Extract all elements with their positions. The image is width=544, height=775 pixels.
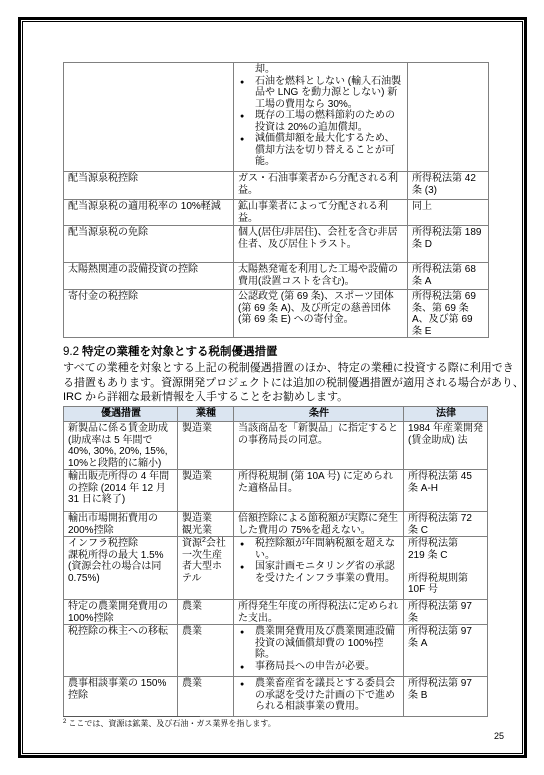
table-cell: 太陽熱関連の設備投資の控除	[64, 263, 234, 290]
cell-line: 同上	[412, 201, 485, 213]
table-cell: 所得税法第 69 条、第 69 条 A、及び第 69 条 E	[408, 290, 489, 338]
cell-line: 所得税法第 42 条 (3)	[412, 173, 485, 196]
bullet-item: ●事務局長への申告が必要。	[238, 661, 400, 673]
header-row: 優遇措置業種条件法律	[64, 407, 488, 422]
column-header: 条件	[234, 407, 404, 422]
bullet-text: 農業畜産省を議長とする委員会の承認を受けた計画の下で進められる相談事業の費用。	[255, 678, 395, 712]
cell-line: 特定の農業開発費用の 100%控除	[68, 601, 174, 624]
bullet-text: 既存の工場の燃料節約のための投資は 20%の追加償却。	[255, 110, 395, 133]
cell-line: 製造業	[182, 471, 230, 483]
bullet-icon: ●	[240, 562, 244, 573]
column-header: 業種	[178, 407, 234, 422]
general-incentives-table: 却。●石油を燃料としない (輸入石油製品や LNG を動力源としない) 新工場の…	[63, 62, 489, 338]
cell-continuation-line: 却。	[238, 64, 404, 76]
table-row: 新製品に係る賃金助成 (助成率は 5 年間で 40%, 30%, 20%, 15…	[64, 422, 488, 470]
cell-line: 課税所得の最大 1.5% (資源会社の場合は同 0.75%)	[68, 550, 174, 585]
table-cell: 農事相談事業の 150%控除	[64, 677, 178, 717]
table-cell: 輸出市場開拓費用の 200%控除	[64, 512, 178, 537]
bullet-item: ●農業畜産省を議長とする委員会の承認を受けた計画の下で進められる相談事業の費用。	[238, 678, 400, 713]
footnote: 2ここでは、資源は鉱業、及び石油・ガス業界を指します。	[63, 719, 276, 729]
table-cell: 農業	[178, 600, 234, 625]
table-row: 輸出市場開拓費用の 200%控除製造業観光業倍額控除による節税額が実際に発生した…	[64, 512, 488, 537]
cell-line	[408, 561, 484, 573]
cell-line: 10F 号	[408, 584, 484, 596]
table-cell: 配当源泉税控除	[64, 172, 234, 200]
table-row: 太陽熱関連の設備投資の控除太陽熱発電を利用した工場や設備の費用(設置コストを含む…	[64, 263, 489, 290]
table-row: 配当源泉税の適用税率の 10%軽減鉱山事業者によって分配される利益。同上	[64, 200, 489, 226]
table-cell: 所得発生年度の所得税法に定められた支出。	[234, 600, 404, 625]
table-cell: 資源2会社一次生産者大型ホテル	[178, 537, 234, 600]
table-cell: 1984 年産業開発 (賃金助成) 法	[404, 422, 488, 470]
cell-line: 公認政党 (第 69 条)、スポーツ団体 (第 69 条 A)、及び所定の慈善団…	[238, 291, 404, 326]
table-cell: 製造業	[178, 422, 234, 470]
table-row: 寄付金の税控除公認政党 (第 69 条)、スポーツ団体 (第 69 条 A)、及…	[64, 290, 489, 338]
cell-line: 配当源泉税控除	[68, 173, 230, 185]
cell-line: 所得税規則第	[408, 573, 484, 585]
cell-line: 所得税法第 68 条 A	[412, 264, 485, 287]
table-cell: 却。●石油を燃料としない (輸入石油製品や LNG を動力源としない) 新工場の…	[234, 63, 408, 172]
paragraph-line: すべての業種を対象とする上記の税制優遇措置のほか、特定の業種に投資する際に利用で…	[63, 361, 524, 376]
cell-line: ガス・石油事業者から分配される利益。	[238, 173, 404, 196]
table-row: 税控除の株主への移転農業●農業開発費用及び農業関連設備投資の減価償却費の 100…	[64, 625, 488, 677]
table-cell: 所得税法第 45 条 A-H	[404, 470, 488, 512]
cell-line: 所得税法第 97 条	[408, 601, 484, 624]
table-cell: 新製品に係る賃金助成 (助成率は 5 年間で 40%, 30%, 20%, 15…	[64, 422, 178, 470]
table-cell: インフラ税控除課税所得の最大 1.5% (資源会社の場合は同 0.75%)	[64, 537, 178, 600]
page-number: 25	[494, 731, 504, 741]
cell-line: 所得税法第 97 条 A	[408, 626, 484, 649]
table-cell: ●農業開発費用及び農業関連設備投資の減価償却費の 100%控除。●事務局長への申…	[234, 625, 404, 677]
table-row: 却。●石油を燃料としない (輸入石油製品や LNG を動力源としない) 新工場の…	[64, 63, 489, 172]
cell-line: 配当源泉税の免除	[68, 227, 230, 239]
cell-line: 所得税規制 (第 10A 号) に定められた適格品目。	[238, 471, 400, 494]
cell-line: 1984 年産業開発 (賃金助成) 法	[408, 423, 484, 446]
bullet-text: 国家計画モニタリング省の承認を受けたインフラ事業の費用。	[255, 561, 395, 584]
table-row: インフラ税控除課税所得の最大 1.5% (資源会社の場合は同 0.75%)資源2…	[64, 537, 488, 600]
table-row: 配当源泉税の免除個人(居住/非居住)、会社を含む非居住者、及び居住トラスト。所得…	[64, 226, 489, 263]
document-page: 却。●石油を燃料としない (輸入石油製品や LNG を動力源としない) 新工場の…	[0, 0, 544, 775]
industry-incentives-table: 優遇措置業種条件法律 新製品に係る賃金助成 (助成率は 5 年間で 40%, 3…	[63, 406, 488, 717]
cell-line: 219 条 C	[408, 550, 484, 562]
table-cell	[408, 63, 489, 172]
bullet-icon: ●	[240, 539, 244, 550]
bullet-item: ●農業開発費用及び農業関連設備投資の減価償却費の 100%控除。	[238, 626, 400, 661]
cell-line: 所得税法第 97 条 B	[408, 678, 484, 701]
section-paragraph: すべての業種を対象とする上記の税制優遇措置のほか、特定の業種に投資する際に利用で…	[63, 361, 524, 405]
bullet-item: ●国家計画モニタリング省の承認を受けたインフラ事業の費用。	[238, 561, 400, 584]
table-cell: 所得税法第219 条 C 所得税規則第10F 号	[404, 537, 488, 600]
table-cell: 配当源泉税の免除	[64, 226, 234, 263]
bullet-text: 減価償却額を最大化するため、償却方法を切り替えることが可能。	[255, 133, 395, 167]
table-cell: 寄付金の税控除	[64, 290, 234, 338]
column-header: 法律	[404, 407, 488, 422]
bullet-item: ●既存の工場の燃料節約のための投資は 20%の追加償却。	[238, 110, 404, 133]
table-cell	[64, 63, 234, 172]
cell-text: 資源	[182, 538, 202, 549]
cell-line: 太陽熱関連の設備投資の控除	[68, 264, 230, 276]
table-cell: 当該商品を「新製品」に指定するとの事務局長の同意。	[234, 422, 404, 470]
table-cell: 製造業	[178, 470, 234, 512]
table-cell: 所得税規制 (第 10A 号) に定められた適格品目。	[234, 470, 404, 512]
cell-line: 寄付金の税控除	[68, 291, 230, 303]
bullet-item: ●石油を燃料としない (輸入石油製品や LNG を動力源としない) 新工場の費用…	[238, 76, 404, 111]
table-cell: 農業	[178, 677, 234, 717]
cell-line: 税控除の株主への移転	[68, 626, 174, 638]
footnote-text: ここでは、資源は鉱業、及び石油・ガス業界を指します。	[68, 719, 275, 728]
cell-line: 当該商品を「新製品」に指定するとの事務局長の同意。	[238, 423, 400, 446]
table-cell: 鉱山事業者によって分配される利益。	[234, 200, 408, 226]
table-cell: 所得税法第 97 条 A	[404, 625, 488, 677]
table-row: 農事相談事業の 150%控除農業●農業畜産省を議長とする委員会の承認を受けた計画…	[64, 677, 488, 717]
table-cell: 所得税法第 42 条 (3)	[408, 172, 489, 200]
section-number: 9.2	[63, 346, 79, 358]
cell-line: 農業	[182, 601, 230, 613]
footnote-divider	[63, 716, 200, 717]
cell-line: 所得税法第	[408, 538, 484, 550]
cell-line: 資源2会社一次生産者大型ホテル	[182, 538, 230, 584]
table-cell: 輸出販売所得の 4 年間の控除 (2014 年 12 月 31 日に終了)	[64, 470, 178, 512]
table-cell: ガス・石油事業者から分配される利益。	[234, 172, 408, 200]
table-cell: ●税控除額が年間納税額を超えない。●国家計画モニタリング省の承認を受けたインフラ…	[234, 537, 404, 600]
table-cell: 所得税法第 97 条	[404, 600, 488, 625]
paragraph-line: る措置もあります。資源開発プロジェクトには追加の税制優遇措置が適用される場合があ…	[63, 376, 524, 391]
table-cell: 所得税法第 97 条 B	[404, 677, 488, 717]
bullet-icon: ●	[240, 77, 244, 88]
section-heading: 9.2特定の業種を対象とする税制優遇措置	[63, 343, 278, 359]
table-cell: 公認政党 (第 69 条)、スポーツ団体 (第 69 条 A)、及び所定の慈善団…	[234, 290, 408, 338]
bullet-item: ●税控除額が年間納税額を超えない。	[238, 538, 400, 561]
table-row: 配当源泉税控除ガス・石油事業者から分配される利益。所得税法第 42 条 (3)	[64, 172, 489, 200]
cell-line: 所得税法第 72 条 C	[408, 513, 484, 536]
cell-line: 新製品に係る賃金助成 (助成率は 5 年間で 40%, 30%, 20%, 15…	[68, 423, 174, 469]
industry-incentives-table-body: 新製品に係る賃金助成 (助成率は 5 年間で 40%, 30%, 20%, 15…	[64, 422, 488, 717]
bullet-icon: ●	[240, 134, 244, 145]
cell-line: 農業	[182, 626, 230, 638]
cell-line: 配当源泉税の適用税率の 10%軽減	[68, 201, 230, 213]
section-title: 特定の業種を対象とする税制優遇措置	[82, 346, 278, 358]
table-row: 輸出販売所得の 4 年間の控除 (2014 年 12 月 31 日に終了)製造業…	[64, 470, 488, 512]
column-header: 優遇措置	[64, 407, 178, 422]
table-cell: 配当源泉税の適用税率の 10%軽減	[64, 200, 234, 226]
cell-line: 所得税法第 69 条、第 69 条 A、及び第 69 条 E	[412, 291, 485, 337]
cell-line: 輸出市場開拓費用の 200%控除	[68, 513, 174, 536]
table-cell: ●農業畜産省を議長とする委員会の承認を受けた計画の下で進められる相談事業の費用。	[234, 677, 404, 717]
table-cell: 太陽熱発電を利用した工場や設備の費用(設置コストを含む)。	[234, 263, 408, 290]
table-cell: 所得税法第 189 条 D	[408, 226, 489, 263]
bullet-item: ●減価償却額を最大化するため、償却方法を切り替えることが可能。	[238, 133, 404, 168]
table-cell: 税控除の株主への移転	[64, 625, 178, 677]
cell-line: 農業	[182, 678, 230, 690]
cell-line: 農事相談事業の 150%控除	[68, 678, 174, 701]
industry-incentives-table-header: 優遇措置業種条件法律	[64, 407, 488, 422]
cell-line: 製造業	[182, 513, 230, 525]
table-cell: 同上	[408, 200, 489, 226]
bullet-icon: ●	[240, 111, 244, 122]
cell-line: 太陽熱発電を利用した工場や設備の費用(設置コストを含む)。	[238, 264, 404, 287]
table-cell: 特定の農業開発費用の 100%控除	[64, 600, 178, 625]
table-cell: 個人(居住/非居住)、会社を含む非居住者、及び居住トラスト。	[234, 226, 408, 263]
cell-line: 製造業	[182, 423, 230, 435]
cell-line: 所得税法第 189 条 D	[412, 227, 485, 250]
cell-line: 鉱山事業者によって分配される利益。	[238, 201, 404, 224]
bullet-icon: ●	[240, 679, 244, 690]
bullet-text: 事務局長への申告が必要。	[255, 661, 375, 672]
general-incentives-table-body: 却。●石油を燃料としない (輸入石油製品や LNG を動力源としない) 新工場の…	[64, 63, 489, 338]
table-cell: 農業	[178, 625, 234, 677]
table-row: 特定の農業開発費用の 100%控除農業所得発生年度の所得税法に定められた支出。所…	[64, 600, 488, 625]
cell-line: 所得税法第 45 条 A-H	[408, 471, 484, 494]
cell-line: 輸出販売所得の 4 年間の控除 (2014 年 12 月 31 日に終了)	[68, 471, 174, 506]
table-cell: 倍額控除による節税額が実際に発生した費用の 75%を超えない。	[234, 512, 404, 537]
bullet-text: 税控除額が年間納税額を超えない。	[255, 538, 395, 561]
bullet-text: 石油を燃料としない (輸入石油製品や LNG を動力源としない) 新工場の費用な…	[255, 76, 401, 110]
table-cell: 製造業観光業	[178, 512, 234, 537]
bullet-icon: ●	[240, 662, 244, 673]
cell-line: 倍額控除による節税額が実際に発生した費用の 75%を超えない。	[238, 513, 400, 536]
cell-line: インフラ税控除	[68, 538, 174, 550]
cell-line: 観光業	[182, 525, 230, 537]
footnote-marker: 2	[63, 719, 66, 725]
table-cell: 所得税法第 72 条 C	[404, 512, 488, 537]
table-cell: 所得税法第 68 条 A	[408, 263, 489, 290]
paragraph-line: IRC から詳細な最新情報を入手することをお勧めします。	[63, 390, 524, 405]
bullet-icon: ●	[240, 627, 244, 638]
bullet-text: 農業開発費用及び農業関連設備投資の減価償却費の 100%控除。	[255, 626, 395, 660]
cell-line: 個人(居住/非居住)、会社を含む非居住者、及び居住トラスト。	[238, 227, 404, 250]
cell-line: 所得発生年度の所得税法に定められた支出。	[238, 601, 400, 624]
